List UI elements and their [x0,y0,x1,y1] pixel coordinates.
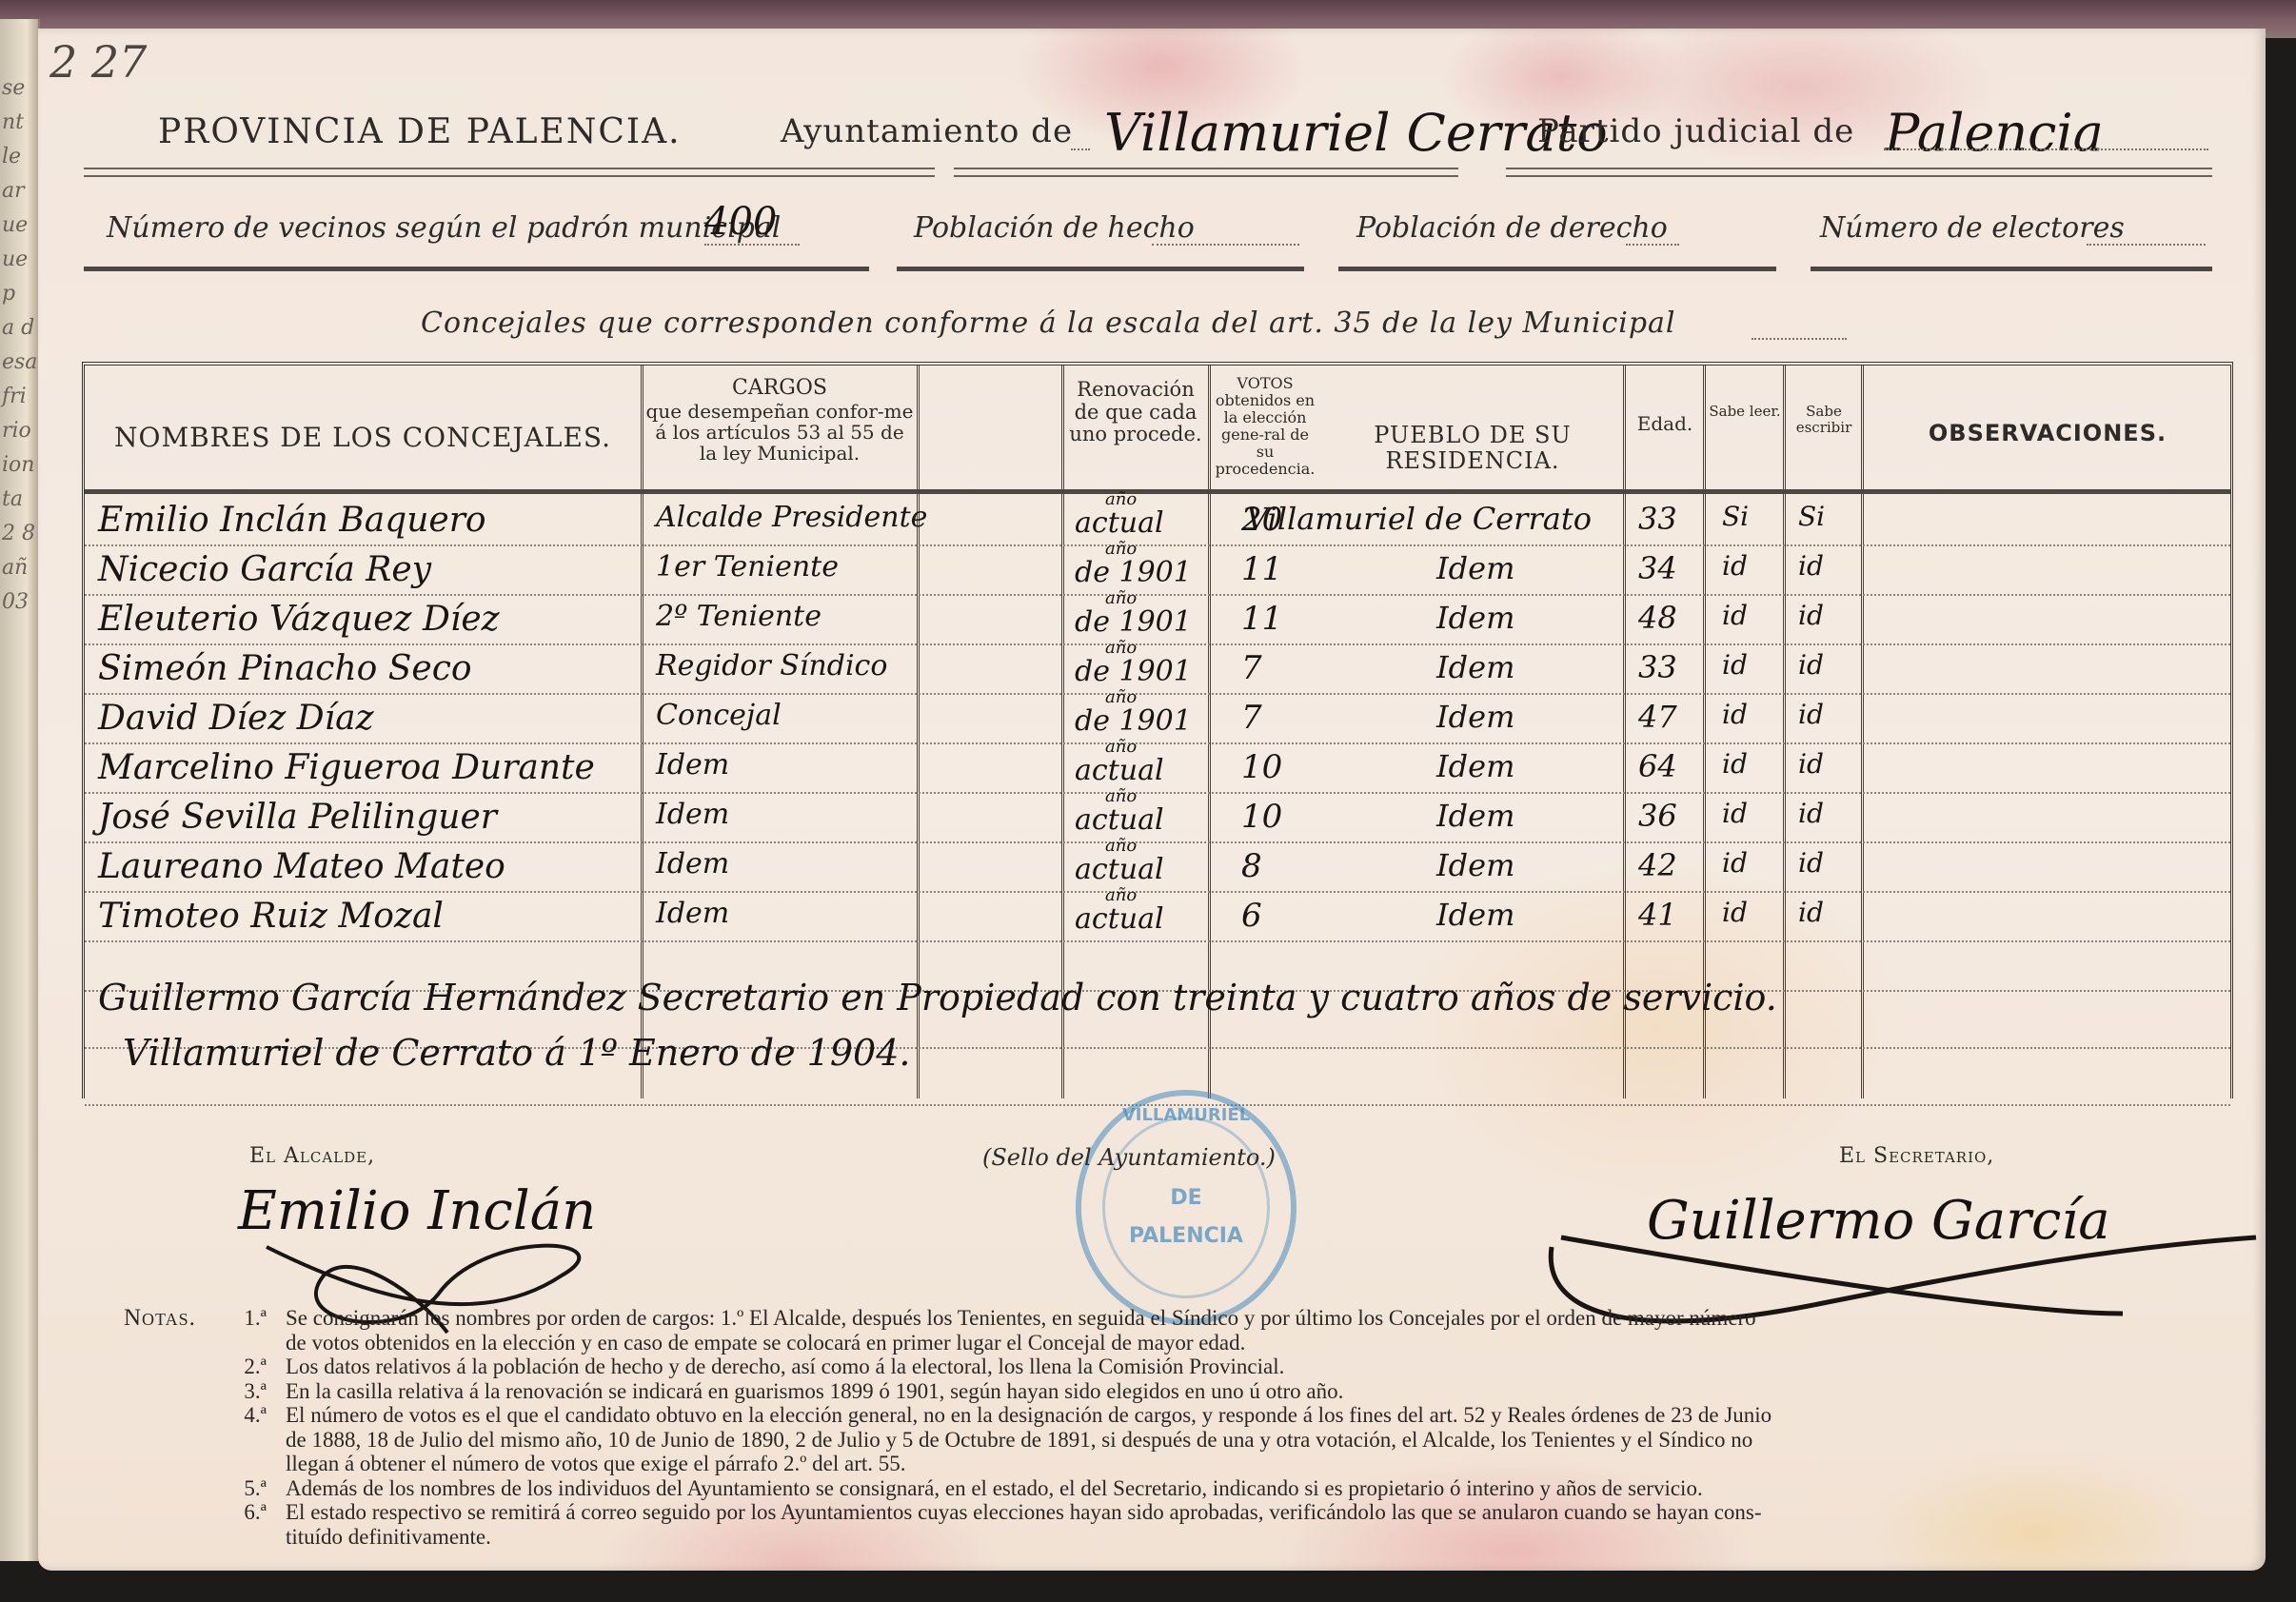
stamp-line-de: DE [1081,1186,1291,1210]
cell-votos: 11 [1241,550,1282,588]
ayuntamiento-value: Villamuriel Cerrato [1104,103,1608,163]
partido-label: Partido judicial de [1537,112,1854,150]
row-rule [85,940,2230,942]
cell-edad: 33 [1638,649,1677,685]
divider [1506,168,2212,177]
row-rule [85,544,2230,546]
note-number: 5.ª [228,1476,267,1501]
previous-page-fragment: se [2,76,25,100]
sello-label: (Sello del Ayuntamiento.) [982,1144,1276,1171]
cell-renovacion: añode 1901 [1075,704,1192,738]
note-text: de votos obtenidos en la elección y en c… [286,1331,2189,1355]
cell-cargo: Concejal [656,699,782,732]
previous-page-edge: sentlearueuepa desafririoionta2 8añ03 [0,19,40,1561]
cell-votos: 10 [1241,748,1282,786]
cell-edad: 36 [1638,798,1677,834]
cell-renovacion-ano: año [1105,786,1137,806]
cell-renovacion-ano: año [1105,539,1137,559]
note-text: En la casilla relativa á la renovación s… [286,1379,2189,1404]
note-text: El estado respectivo se remitirá á corre… [286,1500,2189,1525]
cell-edad: 64 [1638,748,1677,784]
note-text: tituído definitivamente. [286,1525,2189,1550]
column-divider [1783,366,1786,1098]
row-rule [85,891,2230,893]
document-page: 2 27 PROVINCIA DE PALENCIA. Ayuntamiento… [38,29,2266,1571]
cell-renovacion-value: actual [1075,803,1164,837]
cell-escribir: id [1798,897,1824,928]
header-cargos: CARGOS que desempeñan confor-me á los ar… [644,377,915,465]
cell-leer: id [1722,847,1748,879]
header-sabe-leer: Sabe leer. [1707,404,1783,420]
divider [897,267,1304,271]
cell-renovacion-value: de 1901 [1075,704,1192,738]
cell-renovacion-value: actual [1075,506,1164,540]
cell-renovacion: añode 1901 [1075,556,1192,589]
vecinos-value: 400 [704,200,777,244]
vecinos-label: Número de vecinos según el padrón munici… [107,211,781,245]
divider [1338,267,1776,271]
cell-escribir: id [1798,798,1824,829]
header-nombres: NOMBRES DE LOS CONCEJALES. [85,423,641,452]
header-cargos-sub: que desempeñan confor-me á los artículos… [644,401,915,465]
concejales-table: NOMBRES DE LOS CONCEJALES. CARGOS que de… [82,362,2233,1098]
poblacion-hecho-field [1152,244,1299,246]
cell-renovacion-ano: año [1105,737,1137,757]
cell-renovacion-ano: año [1105,588,1137,608]
cell-leer: Si [1722,501,1749,532]
row-rule [85,643,2230,645]
cell-nombre: Laureano Mateo Mateo [98,847,505,886]
previous-page-fragment: ion [2,453,34,477]
notes-label: Notas. [124,1306,196,1331]
page-number: 2 27 [49,36,147,88]
poblacion-hecho-label: Población de hecho [914,211,1195,245]
cell-pueblo: Villamuriel de Cerrato [1246,501,1592,537]
cell-pueblo: Idem [1436,550,1514,586]
cell-pueblo: Idem [1436,748,1514,784]
cell-escribir: id [1798,600,1824,631]
previous-page-fragment: ta [2,487,23,511]
cell-escribir: id [1798,748,1824,780]
note-text: llegan á obtener el número de votos que … [286,1452,2189,1476]
note-text: de 1888, 18 de Julio del mismo año, 10 d… [286,1428,2189,1453]
cell-renovacion-ano: año [1105,489,1137,509]
divider [954,168,1458,177]
previous-page-fragment: rio [2,419,31,443]
cell-renovacion: añoactual [1075,803,1164,837]
header-votos-title: VOTOS [1212,375,1318,392]
previous-page-fragment: ue [2,213,28,237]
previous-page-fragment: p [2,282,15,306]
alcalde-signature: Emilio Inclán [238,1180,596,1242]
provincia-title: PROVINCIA DE PALENCIA. [158,112,682,151]
header-votos: VOTOS obtenidos en la elección gene-ral … [1212,375,1318,477]
cell-votos: 7 [1241,699,1262,737]
column-divider [1861,366,1864,1098]
folio-number: 27 [91,36,148,88]
dotted-leader [1885,148,2208,150]
cell-renovacion: añode 1901 [1075,655,1192,688]
header-observaciones: OBSERVACIONES. [1865,421,2230,446]
divider [84,267,869,271]
cell-renovacion-ano: año [1105,885,1137,905]
cell-nombre: Marcelino Figueroa Durante [98,748,595,787]
header-renovacion: Renovación de que cada uno procede. [1067,379,1204,446]
divider [84,168,935,177]
cell-edad: 33 [1638,501,1677,537]
concejales-label: Concejales que corresponden conforme á l… [421,307,1676,340]
previous-page-fragment: a d [2,316,34,340]
note-number: 2.ª [228,1355,267,1379]
cell-cargo: 2º Teniente [656,600,821,633]
ayuntamiento-stamp: VILLAMURIEL DE PALENCIA [1076,1090,1296,1325]
previous-page-fragment: ar [2,179,25,203]
cell-cargo: 1er Teniente [656,550,839,583]
cell-pueblo: Idem [1436,699,1514,735]
cell-cargo: Alcalde Presidente [656,501,927,534]
stamp-ring-text: VILLAMURIEL [1081,1105,1291,1125]
cell-cargo: Regidor Síndico [656,649,887,682]
cell-renovacion-ano: año [1105,687,1137,707]
cell-renovacion: añode 1901 [1075,605,1192,639]
cell-votos: 7 [1241,649,1262,687]
note-text: Los datos relativos á la población de he… [286,1355,2189,1379]
previous-page-fragment: 03 [2,590,29,614]
margin-number: 2 [49,36,77,88]
cell-renovacion-value: actual [1075,754,1164,787]
cell-nombre: Eleuterio Vázquez Díez [98,600,500,639]
cell-cargo: Idem [656,798,729,831]
note-text: Se consignarán los nombres por orden de … [286,1306,2189,1331]
cell-edad: 34 [1638,550,1677,586]
cell-pueblo: Idem [1436,847,1514,883]
previous-page-fragment: esa [2,350,37,374]
row-rule [85,841,2230,843]
cell-leer: id [1722,748,1748,780]
previous-page-fragment: le [2,145,21,168]
previous-page-fragment: 2 8 [2,522,35,545]
cell-leer: id [1722,897,1748,928]
header-pueblo: PUEBLO DE SU RESIDENCIA. [1322,423,1623,474]
concejales-field [1752,338,1847,340]
cell-votos: 8 [1241,847,1262,885]
cell-renovacion: añoactual [1075,902,1164,936]
cell-renovacion: añoactual [1075,506,1164,540]
cell-edad: 48 [1638,600,1677,636]
header-sabe-escribir: Sabe escribir [1787,404,1861,436]
cell-leer: id [1722,798,1748,829]
cell-pueblo: Idem [1436,897,1514,933]
note-text: El número de votos es el que el candidat… [286,1403,2189,1428]
header-edad: Edad. [1627,413,1703,434]
cell-renovacion-ano: año [1105,638,1137,658]
stamp-line-palencia: PALENCIA [1081,1224,1291,1248]
header-rule [85,489,2230,494]
cell-renovacion-value: de 1901 [1075,605,1192,639]
ayuntamiento-label: Ayuntamiento de [781,112,1073,150]
cell-pueblo: Idem [1436,649,1514,685]
cell-cargo: Idem [656,847,729,880]
cell-pueblo: Idem [1436,600,1514,636]
cell-nombre: José Sevilla Pelilinguer [98,798,497,837]
cell-renovacion-ano: año [1105,836,1137,856]
secretario-label: El Secretario, [1839,1144,1994,1168]
cell-renovacion-value: actual [1075,853,1164,886]
previous-page-fragment: ue [2,247,28,271]
cell-nombre: Nicecio García Rey [98,550,431,589]
row-rule [85,792,2230,794]
cell-nombre: Simeón Pinacho Seco [98,649,472,688]
cell-escribir: id [1798,699,1824,730]
cell-leer: id [1722,550,1748,582]
previous-page-fragment: nt [2,110,24,134]
cell-renovacion: añoactual [1075,754,1164,787]
cell-renovacion: añoactual [1075,853,1164,886]
note-number: 1.ª [228,1306,267,1331]
previous-page-fragment: añ [2,556,28,580]
row-rule [85,693,2230,695]
cell-escribir: id [1798,649,1824,681]
note-number: 4.ª [228,1403,267,1428]
date-line: Villamuriel de Cerrato á 1º Enero de 190… [123,1032,910,1074]
cell-pueblo: Idem [1436,798,1514,834]
note-number: 6.ª [228,1500,267,1525]
row-rule [85,594,2230,596]
cell-edad: 41 [1638,897,1677,933]
secretary-line: Guillermo García Hernández Secretario en… [98,977,1777,1019]
cell-votos: 6 [1241,897,1262,935]
cell-escribir: id [1798,847,1824,879]
cell-edad: 42 [1638,847,1677,883]
cell-cargo: Idem [656,748,729,781]
electores-field [2087,244,2206,246]
header-votos-sub: obtenidos en la elección gene-ral de su … [1212,392,1318,478]
electores-label: Número de electores [1820,211,2125,245]
divider [1811,267,2212,271]
row-rule [85,742,2230,744]
cell-nombre: Emilio Inclán Baquero [98,501,486,540]
alcalde-label: El Alcalde, [249,1144,375,1168]
cell-leer: id [1722,600,1748,631]
cell-leer: id [1722,649,1748,681]
dotted-leader [704,244,800,246]
cell-cargo: Idem [656,897,729,930]
cell-nombre: David Díez Díaz [98,699,374,738]
cell-leer: id [1722,699,1748,730]
header-cargos-title: CARGOS [644,377,915,401]
previous-page-fragment: fri [2,385,27,408]
cell-escribir: Si [1798,501,1825,532]
cell-renovacion-value: de 1901 [1075,655,1192,688]
cell-nombre: Timoteo Ruiz Mozal [98,897,444,936]
poblacion-derecho-field [1626,244,1679,246]
cell-escribir: id [1798,550,1824,582]
cell-edad: 47 [1638,699,1677,735]
note-text: Además de los nombres de los individuos … [286,1476,2189,1501]
cell-renovacion-value: actual [1075,902,1164,936]
cell-votos: 11 [1241,600,1282,638]
poblacion-derecho-label: Población de derecho [1356,211,1668,245]
note-number: 3.ª [228,1379,267,1404]
cell-votos: 10 [1241,798,1282,836]
partido-value: Palencia [1885,103,2104,163]
dotted-leader [1071,148,1090,150]
cell-renovacion-value: de 1901 [1075,556,1192,589]
